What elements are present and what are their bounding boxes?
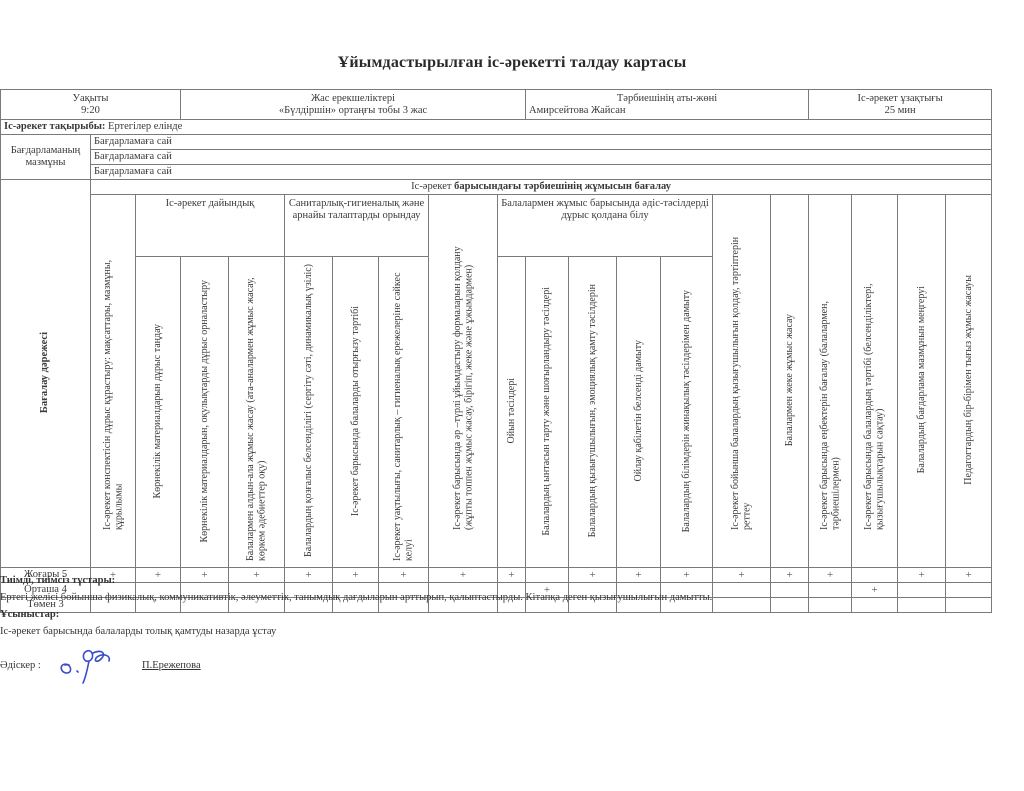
criterion-header: Көрнекілік материалдарын, оқулықтарды дұ…: [181, 257, 229, 568]
time-cell: Уақыты 9:20: [1, 90, 181, 120]
teacher-label: Тәрбиешінің аты-жөні: [526, 93, 808, 105]
duration-label: Іс-әрекет ұзақтығы: [809, 93, 991, 105]
teacher-value: Амирсейтова Жайсан: [526, 105, 808, 117]
duration-value: 25 мин: [809, 105, 991, 117]
program-item: Бағдарламаға сай: [91, 135, 992, 150]
criterion-header: Балалардың қозғалыс белсенділігі (сергіт…: [285, 257, 333, 568]
program-item: Бағдарламаға сай: [91, 150, 992, 165]
program-row: Бағдарламаның мазмұны Бағдарламаға сай: [1, 135, 992, 150]
effective-text: Ертегі желісі бойынша физикалық, коммуни…: [0, 589, 1020, 606]
signature-block: Әдіскер : П.Ережепова: [0, 655, 300, 695]
criterion-label: Ойлау қабілетін белсенді дамыту: [633, 336, 645, 488]
methodist-label: Әдіскер :: [0, 660, 41, 671]
group-sanitary: Санитарлық-гигиеналық және арнайы талапт…: [285, 195, 429, 257]
time-label: Уақыты: [1, 93, 180, 105]
topic-label: Іс-әрекет тақырыбы:: [4, 121, 105, 132]
criterion-header: Ойын тәсілдері: [498, 257, 526, 568]
criterion-header: Іс-әрекет барысында балалардың тәртібі (…: [852, 195, 898, 568]
criterion-header: Педагогтардың бір-бірімен тығыз жұмыс жа…: [946, 195, 992, 568]
group-methods: Балалармен жұмыс барысында әдіс-тәсілдер…: [498, 195, 713, 257]
program-label: Бағдарламаның мазмұны: [1, 135, 91, 180]
time-value: 9:20: [1, 105, 180, 117]
program-row: Бағдарламаға сай: [1, 165, 992, 180]
criterion-label: Балалардың бағдарлама мазмұнын меңгеруі: [916, 282, 928, 479]
criterion-header: Ойлау қабілетін белсенді дамыту: [617, 257, 661, 568]
criterion-header: Балалармен алдын-ала жұмыс жасау (ата-ан…: [229, 257, 285, 568]
topic-value: Ертегілер елінде: [108, 121, 182, 132]
criterion-label: Іс-әрекет барысында балалардың тәртібі (…: [863, 226, 886, 536]
age-cell: Жас ерекшеліктері «Бүлдіршін» ортаңғы то…: [181, 90, 526, 120]
effective-label: Тиімді, тиімсіз тұстары:: [0, 572, 1020, 589]
criterion-label: Іс-әрекет уақтылығы, санитарлық – гигиен…: [392, 257, 415, 567]
methodist-name: П.Ережепова: [142, 660, 201, 671]
grade-level-label: Бағалау дәрежесі: [39, 328, 51, 419]
criterion-label: Ойын тәсілдері: [506, 374, 518, 449]
topic-row: Іс-әрекет тақырыбы: Ертегілер елінде: [1, 120, 992, 135]
criterion-header: Іс-әрекет барысында әр –түрлі ұйымдастыр…: [429, 195, 498, 568]
criterion-header: Балалардың қызығушылығын, эмоциялық қамт…: [569, 257, 617, 568]
group-header-row: Іс-әрекет конспектісін дұрыс құрастыру: …: [1, 195, 992, 257]
analysis-table: Уақыты 9:20 Жас ерекшеліктері «Бүлдіршін…: [0, 89, 992, 613]
grade-level-header: Бағалау дәрежесі: [1, 180, 91, 568]
topic-cell: Іс-әрекет тақырыбы: Ертегілер елінде: [1, 120, 992, 135]
criterion-label: Іс-әрекет барысында әр –түрлі ұйымдастыр…: [452, 226, 475, 536]
criterion-header: Іс-әрекет барысында балаларды отырғызу т…: [333, 257, 379, 568]
duration-cell: Іс-әрекет ұзақтығы 25 мин: [809, 90, 992, 120]
criterion-label: Балалардың қызығушылығын, эмоциялық қамт…: [587, 280, 599, 543]
criterion-label: Іс-әрекет бойынша балалардың қызығушылығ…: [730, 226, 753, 536]
criterion-header: Балалардың білімдерін жинақылық тәсілдер…: [661, 257, 713, 568]
criterion-header: Іс-әрекет уақтылығы, санитарлық – гигиен…: [379, 257, 429, 568]
group-preparation: Іс-әрекет дайындық: [136, 195, 285, 257]
teacher-cell: Тәрбиешінің аты-жөні Амирсейтова Жайсан: [526, 90, 809, 120]
criterion-label: Педагогтардың бір-бірімен тығыз жұмыс жа…: [963, 271, 975, 491]
criterion-label: Балалардың ынтасын тарту және шоғырланды…: [541, 283, 553, 542]
program-item: Бағдарламаға сай: [91, 165, 992, 180]
criterion-header: Іс-әрекет конспектісін дұрыс құрастыру: …: [91, 195, 136, 568]
criterion-header: Балалардың ынтасын тарту және шоғырланды…: [526, 257, 569, 568]
age-label: Жас ерекшеліктері: [181, 93, 525, 105]
section-title-bold: барысындағы тәрбиешінің жұмысын бағалау: [454, 181, 671, 192]
suggestions-text: Іс-әрекет барысында балаларды толық қамт…: [0, 623, 1020, 640]
criterion-label: Балалардың қозғалыс белсенділігі (сергіт…: [303, 260, 315, 563]
criterion-label: Көрнекілік материалдарын, оқулықтарды дұ…: [199, 276, 211, 548]
criterion-header: Іс-әрекет барысында еңбектерін бағалау (…: [809, 195, 852, 568]
section-title-prefix: Іс-әрекет: [411, 181, 454, 192]
evaluation-section-title: Іс-әрекет барысындағы тәрбиешінің жұмысы…: [91, 180, 992, 195]
program-row: Бағдарламаға сай: [1, 150, 992, 165]
criterion-label: Балалармен жеке жұмыс жасау: [784, 310, 796, 452]
criterion-header: Көрнекілік материалдарын дұрыс таңдау: [136, 257, 181, 568]
conclusions-section: Тиімді, тиімсіз тұстары: Ертегі желісі б…: [0, 572, 1020, 640]
age-value: «Бүлдіршін» ортаңғы тобы 3 жас: [181, 105, 525, 117]
criterion-label: Іс-әрекет конспектісін дұрыс құрастыру: …: [102, 226, 125, 536]
suggestions-label: Ұсыныстар:: [0, 606, 1020, 623]
criterion-label: Балалармен алдын-ала жұмыс жасау (ата-ан…: [245, 257, 268, 567]
criterion-header: Балалардың бағдарлама мазмұнын меңгеруі: [898, 195, 946, 568]
criterion-header: Іс-әрекет бойынша балалардың қызығушылығ…: [713, 195, 771, 568]
criterion-label: Іс-әрекет барысында балаларды отырғызу т…: [350, 302, 362, 522]
criterion-label: Көрнекілік материалдарын дұрыс таңдау: [152, 320, 164, 504]
criterion-label: Іс-әрекет барысында еңбектерін бағалау (…: [819, 226, 842, 536]
document-title: Ұйымдастырылған іс-әрекетті талдау карта…: [0, 54, 1024, 72]
criterion-header: Балалармен жеке жұмыс жасау: [771, 195, 809, 568]
header-row: Уақыты 9:20 Жас ерекшеліктері «Бүлдіршін…: [1, 90, 992, 120]
evaluation-title-row: Бағалау дәрежесі Іс-әрекет барысындағы т…: [1, 180, 992, 195]
criterion-label: Балалардың білімдерін жинақылық тәсілдер…: [681, 286, 693, 538]
signature-icon: [55, 643, 115, 688]
